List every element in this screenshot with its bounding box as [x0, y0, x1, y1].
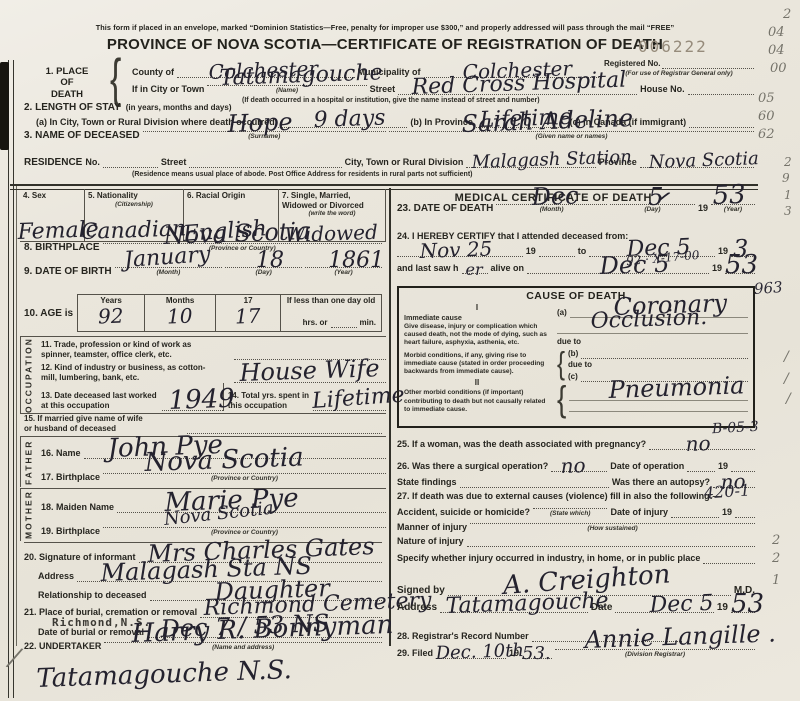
- street-value: Red Cross Hospital: [412, 70, 627, 99]
- mother-side-label: MOTHER: [20, 489, 36, 541]
- death-year-value: 53: [712, 182, 746, 209]
- s27-nature-row: Nature of injury: [397, 533, 755, 547]
- dob-month-field: January: [115, 267, 223, 268]
- s3-label: 3. NAME OF DECEASED: [24, 130, 140, 141]
- racial-origin-label: 6. Racial Origin: [187, 191, 275, 201]
- s24-last2: alive on: [491, 264, 525, 274]
- division-registrar-signature: Annie Langille .: [584, 621, 776, 652]
- s13-value: 1949: [168, 386, 235, 414]
- burial-date-label: Date of burial or removal: [38, 628, 144, 638]
- residence-no-label: No.: [85, 158, 100, 168]
- county-label: County of: [132, 68, 174, 78]
- attendance-section: 24. I HEREBY CERTIFY that I attended dec…: [397, 232, 755, 274]
- registered-no-note: (For use of Registrar General only): [604, 69, 754, 78]
- injury-date-label: Date of injury: [610, 508, 668, 518]
- nature-field: [467, 533, 755, 547]
- s2-label-note: (in years, months and days): [126, 104, 232, 113]
- manner-note: (How sustained): [470, 524, 755, 533]
- findings-field: [460, 474, 609, 488]
- margin-mark: /: [786, 392, 791, 406]
- s27-19: 19: [722, 508, 732, 518]
- mother-birthplace-label: 19. Birthplace: [41, 527, 100, 537]
- cod-b-label: (b): [568, 350, 578, 359]
- age-less-note: If less than one day old: [283, 296, 379, 306]
- residence-label: RESIDENCE: [24, 157, 82, 168]
- findings-label: State findings: [397, 478, 457, 488]
- physician-address-label: Address: [397, 602, 437, 613]
- informant-address-label: Address: [38, 572, 74, 582]
- sign-date-value: Dec 5: [649, 593, 714, 617]
- length-of-stay-section: 2. LENGTH OF STAY (in years, months and …: [24, 102, 754, 128]
- cod-b-field: [581, 345, 748, 359]
- margin-mark: 05: [758, 92, 775, 105]
- s27-accident-row: Accident, suicide or homicide? (State wh…: [397, 502, 755, 518]
- s11-label-line1: 11. Trade, profession or kind of work as: [41, 340, 191, 349]
- cod-line-b: (b): [568, 348, 748, 359]
- house-no-field: [688, 81, 754, 95]
- age-less-cell: If less than one day old hrs. or min.: [281, 295, 381, 331]
- death-month-field: Dec: [496, 204, 607, 205]
- father-birthplace-field: Nova Scotia: [103, 473, 386, 474]
- s13-label-line2: at this occupation: [41, 401, 109, 410]
- undertaker-section: 22. UNDERTAKER Harry R. Bonnyman (Name a…: [24, 642, 382, 652]
- manner-field: [470, 523, 755, 524]
- mother-birthplace-field: Nova Scotia: [103, 527, 386, 528]
- margin-mark: 2: [784, 156, 792, 168]
- cod-roman-i: I: [404, 303, 550, 313]
- cod-morbid-note: Morbid conditions, if any, giving rise t…: [404, 352, 550, 377]
- s24-to-label: to: [578, 247, 587, 257]
- external-causes-section: 27. If death was due to external causes …: [397, 492, 755, 564]
- s24-h-value: er: [466, 262, 483, 278]
- margin-mark: 2: [772, 534, 780, 547]
- accident-field: [533, 508, 607, 509]
- margin-mark: 2: [772, 552, 780, 565]
- city-value: Tatamagouche: [219, 62, 383, 90]
- operation-field: no: [551, 458, 607, 472]
- s12-label-line1: 12. Kind of industry or business, as cot…: [41, 363, 205, 372]
- pregnancy-value: no: [685, 433, 711, 454]
- s12-value: House Wife: [239, 356, 380, 385]
- occupation-section: OCCUPATION 11. Trade, profession or kind…: [20, 336, 386, 414]
- operation-date-label: Date of operation: [610, 462, 684, 472]
- external-causes-label: 27. If death was due to external causes …: [397, 492, 755, 502]
- death-month-value: Dec: [531, 183, 579, 209]
- injury-date-field: [671, 504, 719, 518]
- age-section: 10. AGE is Years 92 Months 10 17 17 If l…: [24, 294, 382, 332]
- residence-province-value: Nova Scotia: [648, 150, 759, 172]
- age-months-value: 10: [167, 305, 193, 326]
- accident-note: (State which): [533, 509, 607, 518]
- cod-other-note: Other morbid conditions (if important) c…: [404, 389, 550, 414]
- father-section: FATHER 16. Name John Pye 17. Birthplace …: [20, 436, 386, 487]
- margin-mark: 62: [758, 128, 775, 141]
- cod-a-label: (a): [557, 309, 567, 318]
- sex-label: 4. Sex: [23, 191, 81, 201]
- margin-mark: 04: [768, 44, 785, 57]
- s14-label-line1: 14. Total yrs. spent in: [228, 391, 309, 400]
- cod-ii-brace: {: [557, 382, 566, 415]
- death-year-field: 53: [711, 204, 755, 205]
- margin-mark: 04: [768, 26, 785, 39]
- s27-manner-row: Manner of injury (How sustained): [397, 518, 755, 533]
- age-years-value: 92: [98, 305, 124, 326]
- death-year-19: 19: [698, 204, 708, 214]
- date-of-death-label: 23. DATE OF DEATH: [397, 203, 493, 214]
- filed-year-field: 53.: [522, 645, 552, 659]
- cod-c-label: (c): [568, 373, 578, 382]
- residence-province-field: Nova Scotia: [640, 154, 754, 168]
- s24-19a-field: [539, 243, 575, 257]
- father-name-label: 16. Name: [41, 449, 81, 459]
- father-birthplace-value: Nova Scotia: [145, 444, 305, 476]
- manner-label: Manner of injury: [397, 523, 467, 533]
- surname-field: Hope: [143, 131, 386, 132]
- cod-immediate-note: Give disease, injury or complication whi…: [404, 323, 550, 348]
- dob-day-value: 18: [256, 250, 284, 272]
- margin-mark-ink: 420-1: [703, 482, 750, 501]
- sign-year-value: 53: [731, 591, 764, 617]
- attended-from-value: Nov 25: [419, 238, 492, 261]
- s1-label-line3: DEATH: [24, 89, 110, 100]
- attended-from-field: Nov 25: [397, 243, 523, 257]
- city-label: If in City or Town: [132, 85, 204, 95]
- s3-row: 3. NAME OF DECEASED Hope (Surname) Sarah…: [24, 130, 754, 141]
- s2a-value: 9 days: [313, 108, 386, 132]
- death-certificate-document: This form if placed in an envelope, mark…: [0, 0, 800, 701]
- s2c-field: [689, 114, 754, 128]
- age-days-cell: 17 17: [216, 295, 281, 331]
- date-of-birth-section: 9. DATE OF BIRTH January (Month) 18 (Day…: [24, 266, 382, 277]
- margin-mark: /: [784, 372, 789, 386]
- residence-section: RESIDENCE No. Street City, Town or Rural…: [24, 154, 754, 178]
- physician-signature-section: Signed by A. Creighton M.D. Address Tata…: [397, 580, 755, 613]
- left-border-line: [8, 60, 14, 698]
- operation-label: 26. Was there a surgical operation?: [397, 462, 548, 472]
- accident-label: Accident, suicide or homicide?: [397, 508, 530, 518]
- age-hrs-label: hrs. or: [303, 319, 328, 328]
- serial-number: 006222: [638, 37, 708, 56]
- s1-label-line2: OF: [24, 77, 110, 88]
- s2a-field: 9 days: [278, 114, 408, 128]
- cod-roman-ii: II: [404, 378, 550, 388]
- street-field: Red Cross Hospital: [398, 81, 637, 95]
- s24-last1: and last saw h: [397, 264, 459, 274]
- dob-day-field: 18: [225, 267, 302, 268]
- margin-mark: 3: [784, 205, 792, 217]
- cod-other-line2: [569, 401, 748, 412]
- left-ink-blob: [0, 62, 9, 150]
- s24-yearc-field: 53: [725, 260, 755, 274]
- occupation-side-label: OCCUPATION: [20, 337, 36, 413]
- s26-row1: 26. Was there a surgical operation? no D…: [397, 457, 755, 472]
- residence-street-label: Street: [161, 158, 187, 168]
- registered-no-field: [662, 55, 754, 69]
- s2-label: 2. LENGTH OF STAY: [24, 102, 121, 113]
- age-box: Years 92 Months 10 17 17 If less than on…: [77, 294, 382, 332]
- filed-date-value: Dec. 10th: [435, 642, 524, 663]
- filed-date-field: Dec. 10th: [436, 645, 506, 659]
- cause-of-death-notes: I Immediate cause Give disease, injury o…: [404, 303, 550, 416]
- name-of-deceased-section: 3. NAME OF DECEASED Hope (Surname) Sarah…: [24, 130, 754, 141]
- father-birthplace-row: 17. Birthplace Nova Scotia (Province or …: [41, 459, 386, 483]
- undertaker-label: 22. UNDERTAKER: [24, 642, 101, 652]
- column-divider: [389, 188, 391, 646]
- nationality-label: 5. Nationality: [88, 191, 180, 201]
- s27-specify-row: Specify whether injury occurred in indus…: [397, 547, 755, 564]
- s15-label-line1: 15. If married give name of wife: [24, 414, 143, 423]
- s24-h-field: er: [462, 260, 488, 274]
- operation-value: no: [561, 455, 587, 476]
- margin-mark-ink: B-05-3: [712, 420, 759, 436]
- s23-row: 23. DATE OF DEATH Dec (Month) 5 (Day) 19…: [397, 203, 755, 214]
- residence-street-field: [189, 154, 341, 168]
- undertaker-address-value: Tatamagouche N.S.: [36, 657, 291, 666]
- street-label: Street: [370, 85, 396, 95]
- date-of-death-section: 23. DATE OF DEATH Dec (Month) 5 (Day) 19…: [397, 203, 755, 214]
- s14-value: Lifetime: [311, 385, 405, 413]
- physician-address-value: Tatamagouche: [445, 590, 609, 618]
- pregnancy-section: 25. If a woman, was the death associated…: [397, 436, 755, 450]
- margin-mark: 60: [758, 110, 775, 123]
- place-of-death-section: 1. PLACE OF DEATH { County of Colchester…: [24, 62, 754, 104]
- death-day-value: 5: [648, 185, 663, 209]
- s29-row: 29. Filed Dec. 10th 19 53. Annie Langill…: [397, 645, 755, 659]
- nature-label: Nature of injury: [397, 537, 464, 547]
- s12-label-line2: mill, lumbering, bank, etc.: [41, 373, 139, 382]
- s25-row: 25. If a woman, was the death associated…: [397, 436, 755, 450]
- occupation-row-13-14: 13. Date deceased last worked at this oc…: [41, 383, 386, 411]
- specify-field: [703, 550, 755, 564]
- s1-brace: {: [110, 56, 121, 103]
- birthplace-field: Nova Scotia: [103, 243, 382, 244]
- dob-label: 9. DATE OF BIRTH: [24, 266, 112, 277]
- age-days-value: 17: [235, 305, 261, 326]
- s13-label-line1: 13. Date deceased last worked: [41, 391, 157, 400]
- s24-yearc-value: 53: [725, 252, 758, 278]
- operation-date-field: [687, 458, 715, 472]
- residence-division-value: Malagash Station: [471, 148, 632, 172]
- margin-mark-ink: 963: [754, 280, 784, 297]
- s11-label-line2: spinner, teamster, office clerk, etc.: [41, 350, 172, 359]
- given-name-value: Sarah Adeline: [461, 106, 633, 136]
- pregnancy-field: no: [649, 436, 755, 450]
- residence-division-field: Malagash Station: [466, 154, 595, 168]
- s24-19a: 19: [526, 247, 536, 257]
- signed-by-label: Signed by: [397, 585, 445, 596]
- filed-year-value: 53.: [522, 645, 551, 663]
- mother-name-label: 18. Maiden Name: [41, 503, 114, 513]
- margin-mark: 2: [783, 8, 791, 21]
- given-name-field: Sarah Adeline: [389, 131, 754, 132]
- cod-line-a2: Occlusion.: [557, 318, 748, 334]
- s14-label-line2: this occupation: [228, 401, 287, 410]
- death-day-field: 5: [610, 204, 695, 205]
- undertaker-row: 22. UNDERTAKER Harry R. Bonnyman (Name a…: [24, 642, 382, 652]
- margin-mark: /: [784, 350, 789, 364]
- occupation-row-12: 12. Kind of industry or business, as cot…: [41, 360, 386, 383]
- marital-status-label: 7. Single, Married, Widowed or Divorced: [282, 191, 382, 210]
- margin-mark: 00: [770, 62, 787, 75]
- informant-relationship-label: Relationship to deceased: [38, 591, 147, 601]
- surname-value: Hope: [227, 110, 293, 136]
- s12-field: House Wife: [234, 369, 386, 383]
- margin-mark: 9: [782, 172, 790, 184]
- left-border-line-inner: [16, 186, 17, 646]
- s2-row: (a) In City, Town or Rural Division wher…: [24, 113, 754, 128]
- mail-instruction-note: This form if placed in an envelope, mark…: [85, 23, 685, 32]
- dob-year-field: 1861: [305, 267, 382, 268]
- nationality-note: (Citizenship): [88, 201, 180, 209]
- s24-19c: 19: [712, 264, 722, 274]
- residence-division-label: City, Town or Rural Division: [345, 158, 464, 168]
- residence-row: RESIDENCE No. Street City, Town or Rural…: [24, 154, 754, 168]
- city-field: Tatamagouche: [207, 85, 366, 86]
- physician-address-field: Tatamagouche: [440, 599, 588, 613]
- age-label: 10. AGE is: [24, 308, 73, 319]
- s9-row: 9. DATE OF BIRTH January (Month) 18 (Day…: [24, 266, 382, 277]
- undertaker-value: Harry R. Bonnyman: [131, 612, 394, 647]
- birthplace-label: 8. BIRTHPLACE: [24, 242, 100, 253]
- filed-section: 29. Filed Dec. 10th 19 53. Annie Langill…: [397, 645, 755, 659]
- injury-year-field: [735, 504, 755, 518]
- s14-field: Lifetime: [313, 397, 386, 411]
- s1-row-city: If in City or Town Tatamagouche (Name) S…: [132, 78, 754, 95]
- cause-of-death-box: CAUSE OF DEATH I Immediate cause Give di…: [397, 286, 755, 428]
- cod-a2-field: Occlusion.: [557, 320, 748, 334]
- sex-cell: 4. Sex Female: [20, 189, 85, 241]
- sign-date-field: Dec 5: [615, 599, 713, 613]
- age-min-label: min.: [360, 319, 376, 328]
- margin-mark: 1: [772, 574, 780, 587]
- s15-label-line2: or husband of deceased: [24, 424, 116, 433]
- pregnancy-label: 25. If a woman, was the death associated…: [397, 440, 646, 450]
- age-years-cell: Years 92: [78, 295, 145, 331]
- undertaker-field: Harry R. Bonnyman: [104, 642, 382, 643]
- operation-section: 26. Was there a surgical operation? no D…: [397, 457, 755, 488]
- sign-year-field: 53: [731, 599, 755, 613]
- cod-a-value2: Occlusion.: [591, 307, 708, 333]
- dob-year-value: 1861: [328, 250, 384, 272]
- dob-month-value: January: [124, 244, 212, 272]
- autopsy-label: Was there an autopsy?: [612, 478, 710, 488]
- physician-address-row: Address Tatamagouche Date Dec 5 19 53: [397, 596, 755, 613]
- cod-ii-group: { Pneumonia: [557, 385, 748, 412]
- sign-19: 19: [717, 602, 728, 613]
- s24-from-row: Nov 25 19 to Dec 5 19 3: [397, 242, 755, 257]
- residence-no-field: [103, 154, 158, 168]
- s26-row2: State findings Was there an autopsy? no: [397, 472, 755, 488]
- s1-label-line1: 1. PLACE: [24, 66, 110, 77]
- age-months-cell: Months 10: [145, 295, 216, 331]
- father-side-label: FATHER: [20, 437, 36, 487]
- cod-other-field2: [569, 398, 748, 412]
- division-registrar-field: Annie Langille .: [555, 649, 755, 650]
- cod-immediate-label: Immediate cause: [404, 313, 550, 322]
- margin-mark: 1: [784, 189, 792, 201]
- s13-field: 1949: [162, 397, 223, 411]
- cod-bc-brace: {: [557, 351, 565, 379]
- age-hrs-field: [331, 314, 357, 328]
- father-birthplace-label: 17. Birthplace: [41, 473, 100, 483]
- filed-label: 29. Filed: [397, 649, 433, 659]
- house-no-label: House No.: [640, 85, 685, 95]
